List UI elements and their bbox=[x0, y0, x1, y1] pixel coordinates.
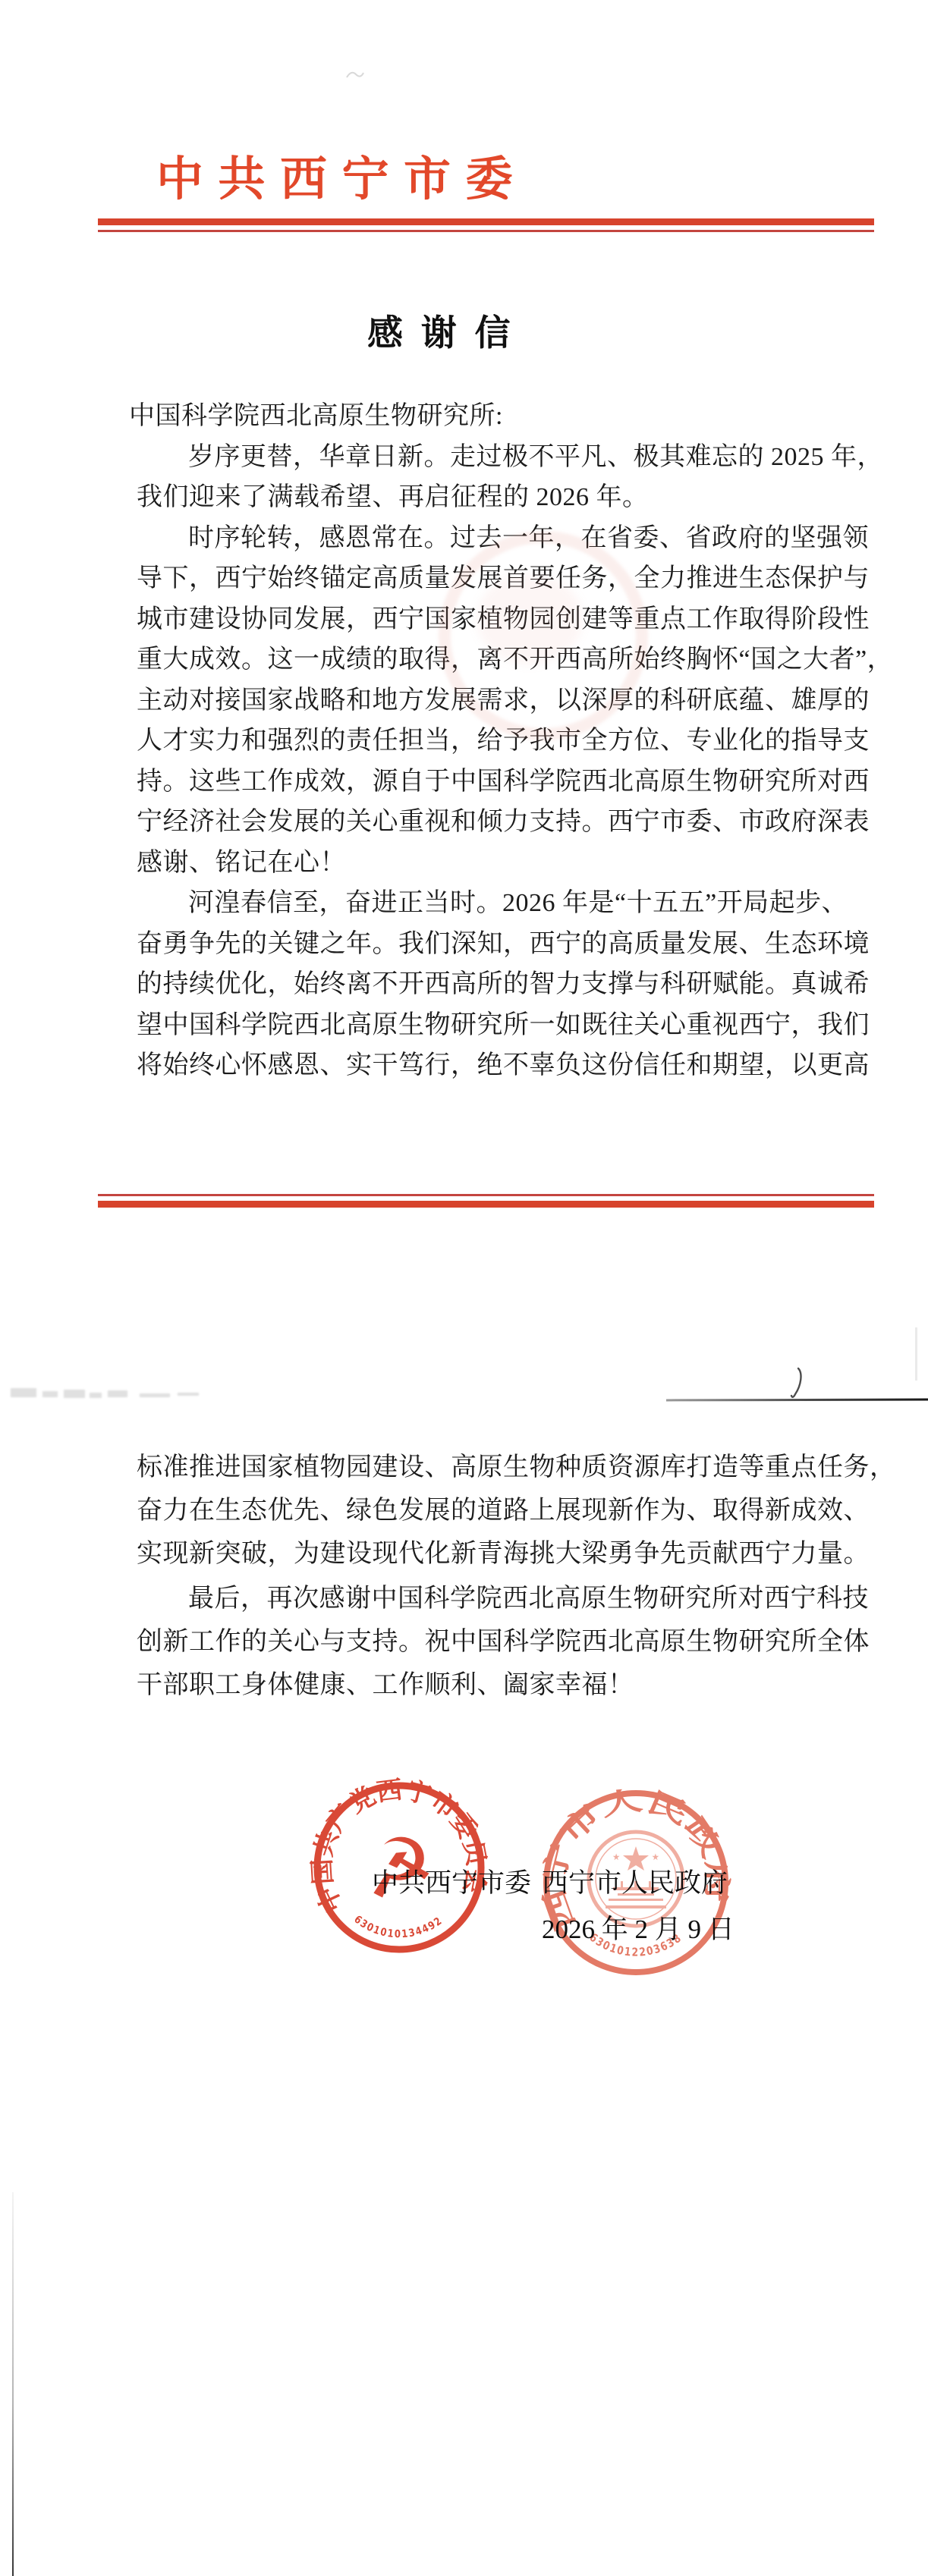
body-line: 望中国科学院西北高原生物研究所一如既往关心重视西宁，我们 bbox=[137, 1013, 870, 1038]
footer-rule-thick bbox=[98, 1201, 874, 1208]
body-line: 持。这些工作成效，源自于中国科学院西北高原生物研究所对西 bbox=[137, 769, 870, 795]
body-line: 岁序更替，华章日新。走过极不平凡、极其难忘的 2025 年， bbox=[188, 445, 883, 470]
body-line: 最后，再次感谢中国科学院西北高原生物研究所对西宁科技 bbox=[188, 1586, 869, 1612]
body-line: 感谢、铭记在心！ bbox=[137, 850, 346, 876]
scanned-letter-page: 中 共 西 宁 市 委 感 谢 信 中国科学院西北高原生物研究所: 岁序更替，华… bbox=[0, 0, 928, 2576]
body-line: 创新工作的关心与支持。祝中国科学院西北高原生物研究所全体 bbox=[137, 1629, 870, 1655]
body-line: 干部职工身体健康、工作顺利、阖家幸福！ bbox=[137, 1673, 634, 1698]
scan-squiggle-mark bbox=[345, 68, 365, 80]
seal-bleedthrough-blob bbox=[477, 573, 583, 664]
body-line: 奋力在生态优先、绿色发展的道路上展现新作为、取得新成效、 bbox=[137, 1498, 870, 1524]
footer-rule-thin bbox=[98, 1194, 874, 1196]
letterhead-org-title: 中 共 西 宁 市 委 bbox=[156, 141, 514, 209]
body-line: 河湟春信至，奋进正当时。2026 年是“十五五”开局起步、 bbox=[188, 891, 848, 916]
body-line: 的持续优化，始终离不开西高所的智力支撑与科研赋能。真诚希 bbox=[137, 972, 870, 997]
letter-title: 感 谢 信 bbox=[367, 305, 515, 356]
body-line: 我们迎来了满载希望、再启征程的 2026 年。 bbox=[137, 485, 649, 510]
body-line: 将始终心怀感恩、实干笃行，绝不辜负这份信任和期望，以更高 bbox=[137, 1053, 870, 1079]
body-line: 标准推进国家植物园建设、高原生物种质资源库打造等重点任务， bbox=[137, 1455, 896, 1481]
svg-text:6301010134492: 6301010134492 bbox=[351, 1914, 445, 1941]
signature-party: 中共西宁市委 bbox=[372, 1862, 531, 1900]
body-line: 宁经济社会发展的关心重视和倾力支持。西宁市委、市政府深表 bbox=[137, 809, 870, 835]
body-line: 实现新突破，为建设现代化新青海挑大梁勇争先贡献西宁力量。 bbox=[137, 1541, 870, 1567]
signature-date: 2026 年 2 月 9 日 bbox=[542, 1908, 735, 1946]
header-rule-thin bbox=[98, 230, 874, 232]
pen-stroke-mark bbox=[788, 1365, 806, 1402]
signature-government: 西宁市人民政府 bbox=[542, 1862, 728, 1900]
salutation: 中国科学院西北高原生物研究所: bbox=[129, 404, 503, 429]
scan-speck bbox=[915, 1327, 917, 1381]
body-line: 奋勇争先的关键之年。我们深知，西宁的高质量发展、生态环境 bbox=[137, 931, 870, 957]
scan-left-edge-line bbox=[12, 2192, 14, 2576]
header-rule-thick bbox=[98, 218, 874, 225]
party-seal-code: 6301010134492 bbox=[351, 1914, 445, 1941]
scan-smudge bbox=[11, 1384, 200, 1405]
